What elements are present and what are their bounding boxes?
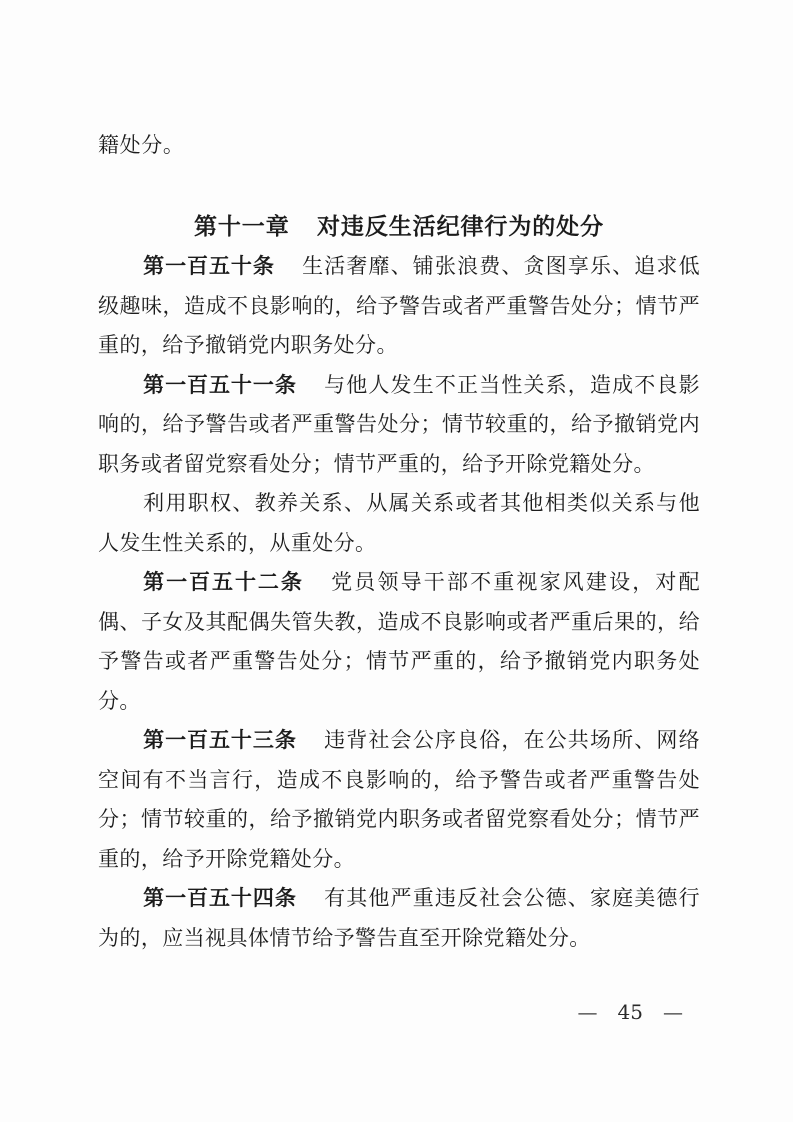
article-number: 第一百五十条 (143, 254, 275, 278)
article-paragraph: 利用职权、教养关系、从属关系或者其他相类似关系与他人发生性关系的，从重处分。 (98, 484, 700, 563)
footer-dash-left: — (578, 1000, 598, 1024)
article-paragraph: 第一百五十三条违背社会公序良俗，在公共场所、网络空间有不当言行，造成不良影响的，… (98, 721, 700, 879)
page-footer: — 45 — (578, 1000, 683, 1024)
article-number: 第一百五十二条 (143, 570, 304, 594)
footer-dash-right: — (663, 1000, 683, 1024)
chapter-heading: 第十一章 对违反生活纪律行为的处分 (98, 207, 700, 247)
continuation-text: 籍处分。 (98, 125, 700, 165)
chapter-number: 第十一章 (194, 214, 290, 240)
article-paragraph: 第一百五十条生活奢靡、铺张浪费、贪图享乐、追求低级趣味，造成不良影响的，给予警告… (98, 247, 700, 366)
article-number: 第一百五十一条 (143, 373, 297, 397)
text-block: 籍处分。 第十一章 对违反生活纪律行为的处分 第一百五十条生活奢靡、铺张浪费、贪… (98, 125, 700, 958)
article-number: 第一百五十四条 (143, 886, 297, 910)
article-text: 利用职权、教养关系、从属关系或者其他相类似关系与他人发生性关系的，从重处分。 (98, 491, 700, 555)
chapter-title: 对违反生活纪律行为的处分 (317, 214, 604, 240)
article-paragraph: 第一百五十二条党员领导干部不重视家风建设，对配偶、子女及其配偶失管失教，造成不良… (98, 563, 700, 721)
article-paragraph: 第一百五十四条有其他严重违反社会公德、家庭美德行为的，应当视具体情节给予警告直至… (98, 879, 700, 958)
page-number: 45 (618, 1000, 643, 1024)
article-number: 第一百五十三条 (143, 728, 297, 752)
article-paragraph: 第一百五十一条与他人发生不正当性关系，造成不良影响的，给予警告或者严重警告处分；… (98, 366, 700, 485)
document-page: 籍处分。 第十一章 对违反生活纪律行为的处分 第一百五十条生活奢靡、铺张浪费、贪… (0, 0, 793, 1122)
